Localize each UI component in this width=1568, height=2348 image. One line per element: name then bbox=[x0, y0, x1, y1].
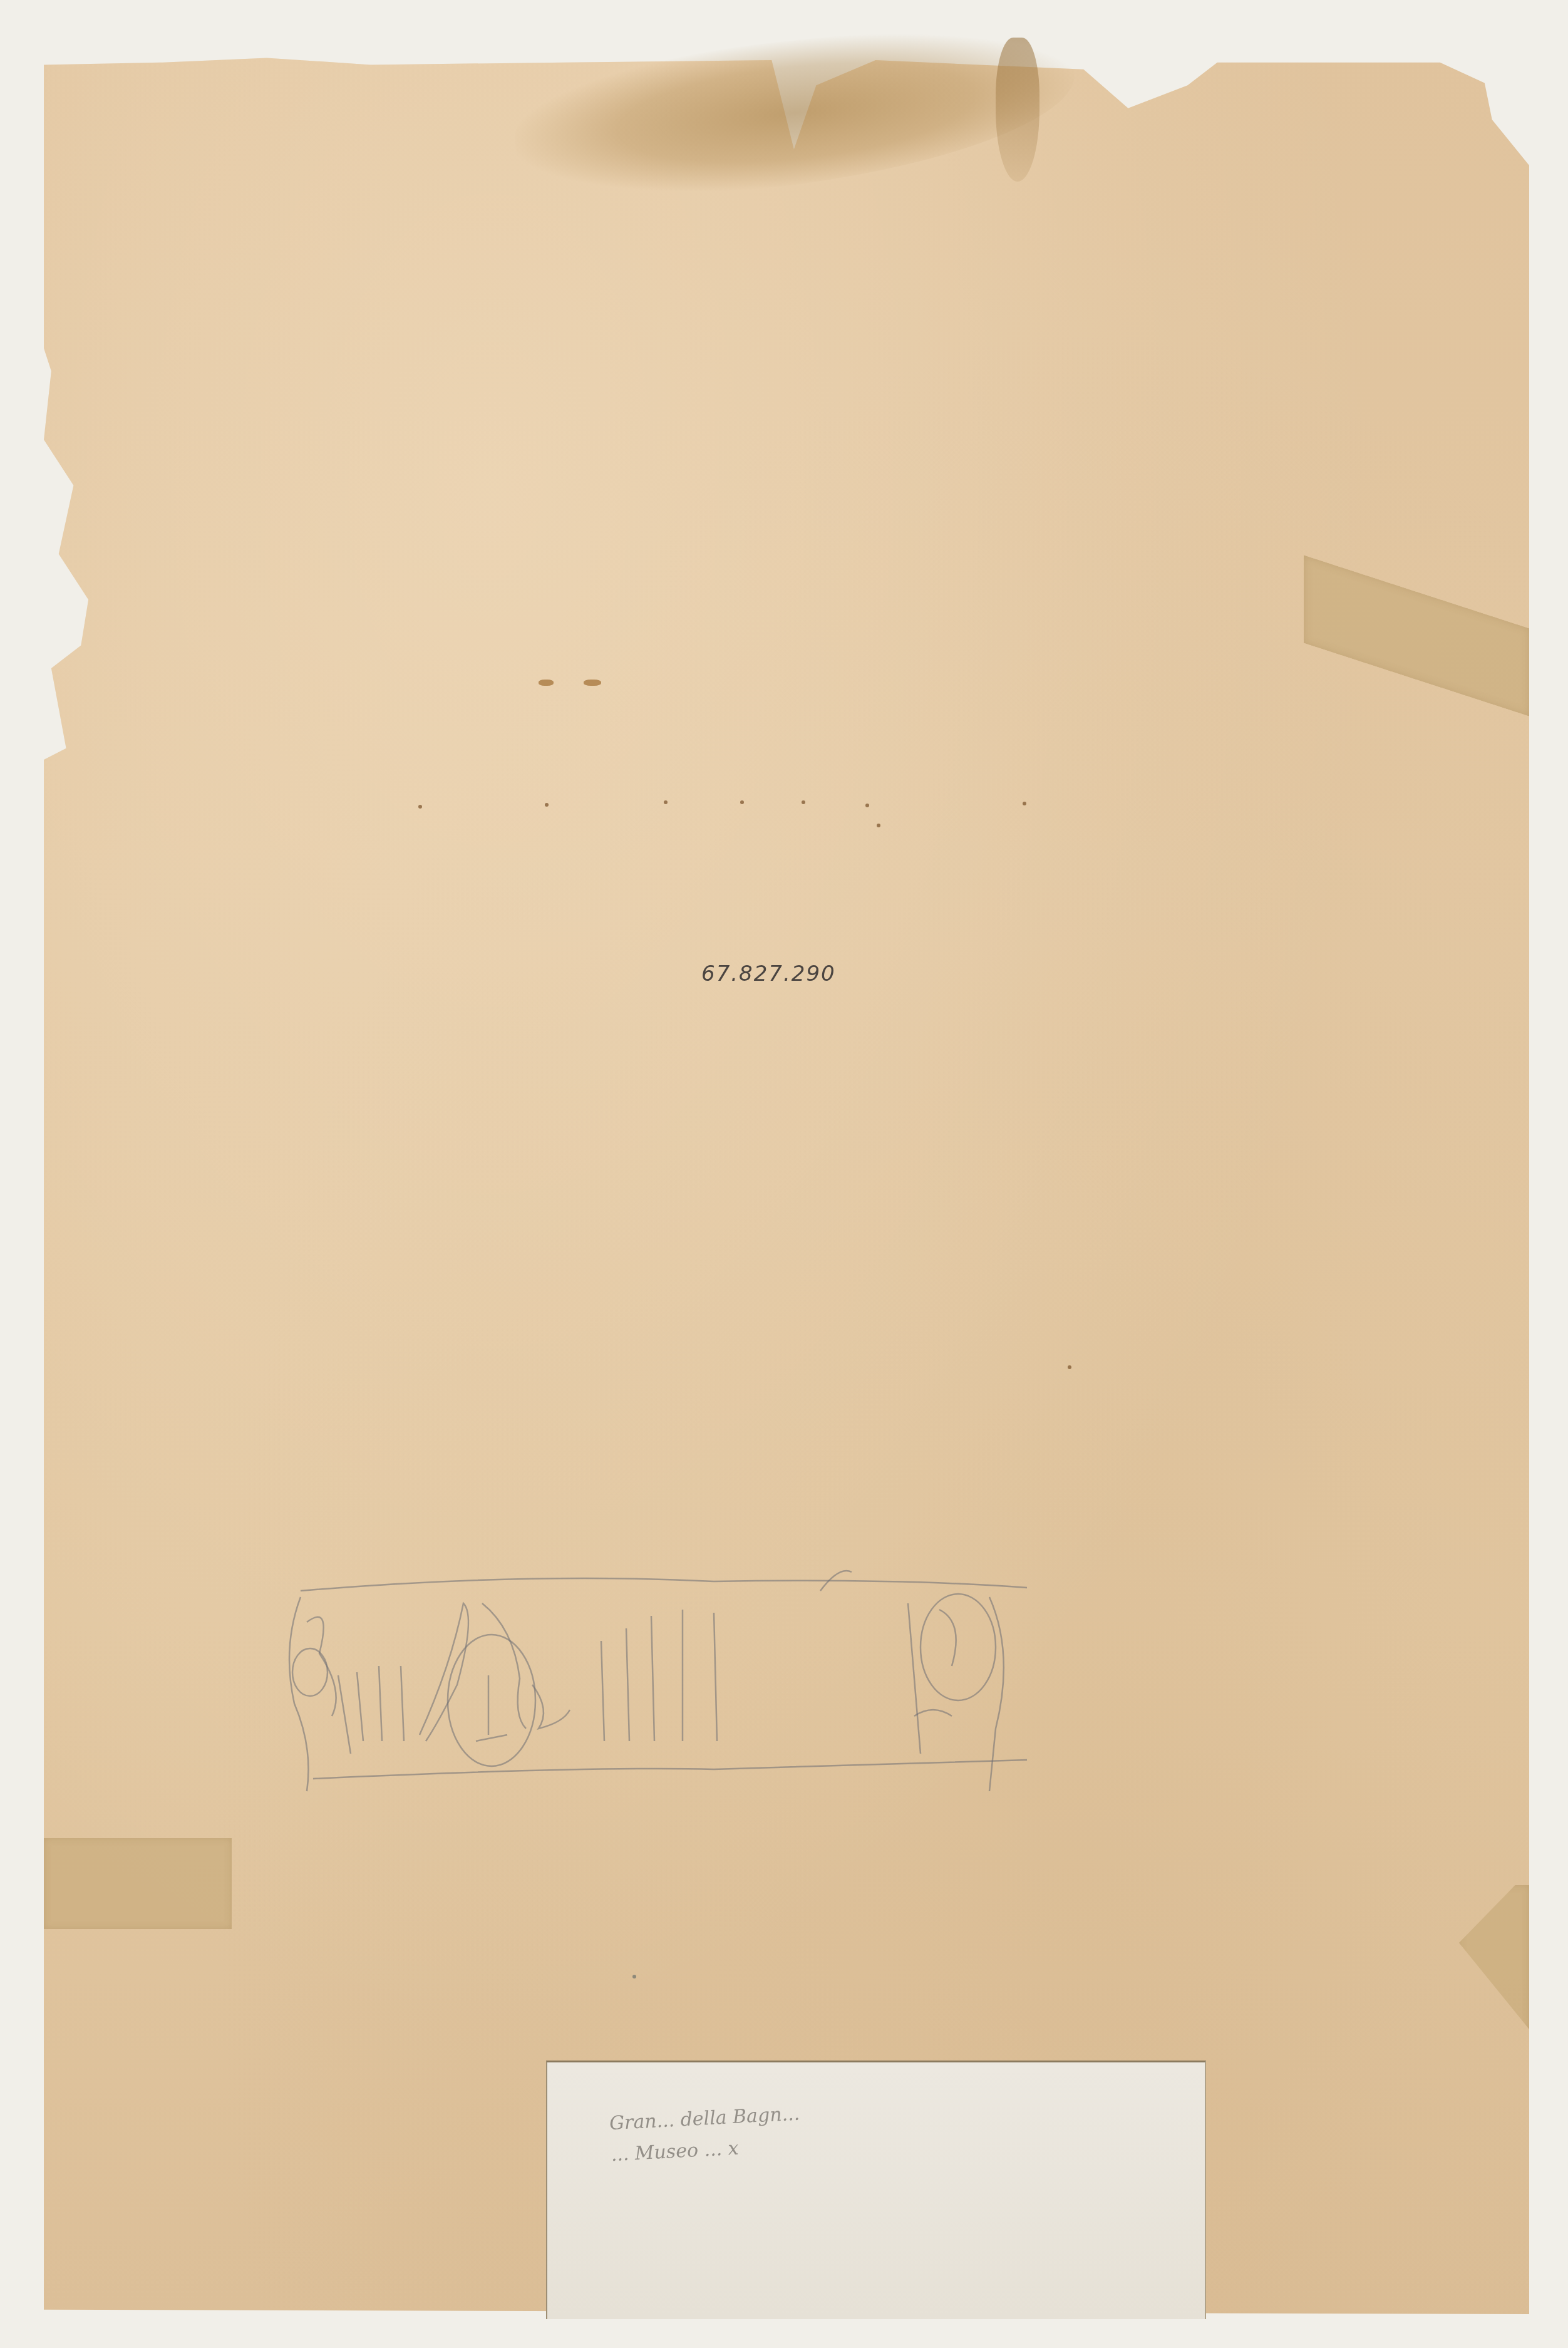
accession-number: 67.827.290 bbox=[701, 961, 836, 986]
speck bbox=[877, 824, 880, 827]
stain-mark bbox=[539, 680, 554, 686]
speck bbox=[1068, 1365, 1071, 1369]
stain-mark bbox=[584, 680, 601, 686]
paper-sheet bbox=[44, 28, 1529, 2314]
speck bbox=[632, 1975, 636, 1978]
speck bbox=[664, 800, 668, 804]
speck bbox=[865, 804, 869, 807]
tape-piece-left bbox=[44, 1838, 232, 1929]
mounting-label: Gran... della Bagn... ... Museo ... x bbox=[546, 2061, 1206, 2319]
speck bbox=[740, 800, 744, 804]
label-inscription: Gran... della Bagn... ... Museo ... x bbox=[609, 2086, 1050, 2171]
water-stain-drip bbox=[996, 38, 1039, 182]
pencil-sketch-frieze bbox=[276, 1553, 1115, 1804]
speck bbox=[545, 803, 549, 807]
speck bbox=[802, 800, 805, 804]
speck bbox=[418, 805, 422, 809]
speck bbox=[1023, 802, 1026, 805]
